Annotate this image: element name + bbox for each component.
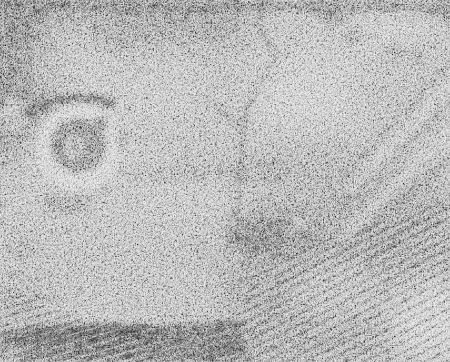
radar-sar-scene: [0, 0, 450, 362]
fine-speckle-overlay: [0, 0, 450, 362]
scene-root: [0, 0, 450, 362]
radar-image-figure: [0, 0, 450, 362]
